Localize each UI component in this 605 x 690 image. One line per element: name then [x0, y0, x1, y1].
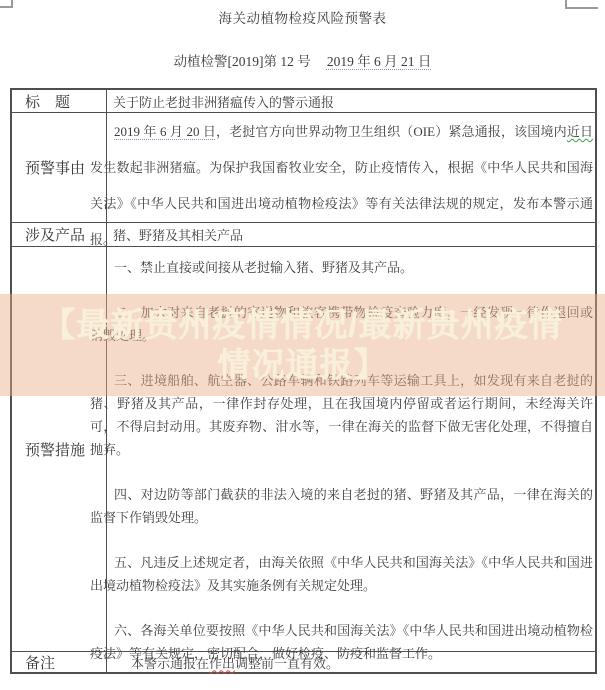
- row-label-title: 标 题: [12, 90, 107, 112]
- row-content-measures: 一、禁止直接或间接从老挝输入猪、野猪及其产品。二、加大对来自老挝的寄递物和旅客携…: [107, 247, 595, 651]
- measure-paragraph: 四、对边防等部门截获的非法入境的来自老挝的猪、野猪及其产品，一律在海关的监督下作…: [90, 483, 593, 529]
- table-row-measures: 预警措施 一、禁止直接或间接从老挝输入猪、野猪及其产品。二、加大对来自老挝的寄递…: [12, 247, 595, 652]
- measure-paragraph: 三、进境船舶、航空器、公路车辆和铁路列车等运输工具上，如发现有来自老挝的猪、野猪…: [90, 369, 593, 461]
- document-page: 海关动植物检疫风险预警表 动植检警[2019]第 12 号 2019 年 6 月…: [0, 0, 605, 690]
- row-content-title: 关于防止老挝非洲猪瘟传入的警示通报: [107, 90, 595, 112]
- measure-paragraph: 五、凡违反上述规定者，由海关依照《中华人民共和国海关法》《中华人民共和国进出境动…: [90, 551, 593, 597]
- warning-table: 标 题 关于防止老挝非洲猪瘟传入的警示通报 预警事由 2019 年 6 月 20…: [10, 88, 597, 674]
- document-title: 海关动植物检疫风险预警表: [0, 7, 605, 27]
- doc-number: 动植检警[2019]第 12 号: [174, 50, 311, 70]
- table-row-title: 标 题 关于防止老挝非洲猪瘟传入的警示通报: [12, 90, 595, 113]
- header-date: 2019 年 6 月 21 日: [327, 50, 432, 70]
- row-content-remarks: 本警示通报在作出调整前一直有效。: [107, 652, 595, 672]
- measure-paragraph: 一、禁止直接或间接从老挝输入猪、野猪及其产品。: [90, 256, 593, 279]
- measure-paragraph: 二、加大对来自老挝的寄递物和旅客携带物检疫查验力度，一经发现一律作退回或销毁处理…: [90, 301, 593, 347]
- document-subtitle: 动植检警[2019]第 12 号 2019 年 6 月 21 日: [0, 50, 605, 70]
- table-row-reason: 预警事由 2019 年 6 月 20 日，老挝官方向世界动物卫生组织（OIE）紧…: [12, 113, 595, 223]
- measures-list: 一、禁止直接或间接从老挝输入猪、野猪及其产品。二、加大对来自老挝的寄递物和旅客携…: [107, 247, 595, 665]
- row-content-reason: 2019 年 6 月 20 日，老挝官方向世界动物卫生组织（OIE）紧急通报，该…: [107, 113, 595, 222]
- remarks-text: 本警示通报在作出调整前一直有效。: [131, 653, 339, 672]
- row-content-products: 猪、野猪及其相关产品: [107, 223, 595, 246]
